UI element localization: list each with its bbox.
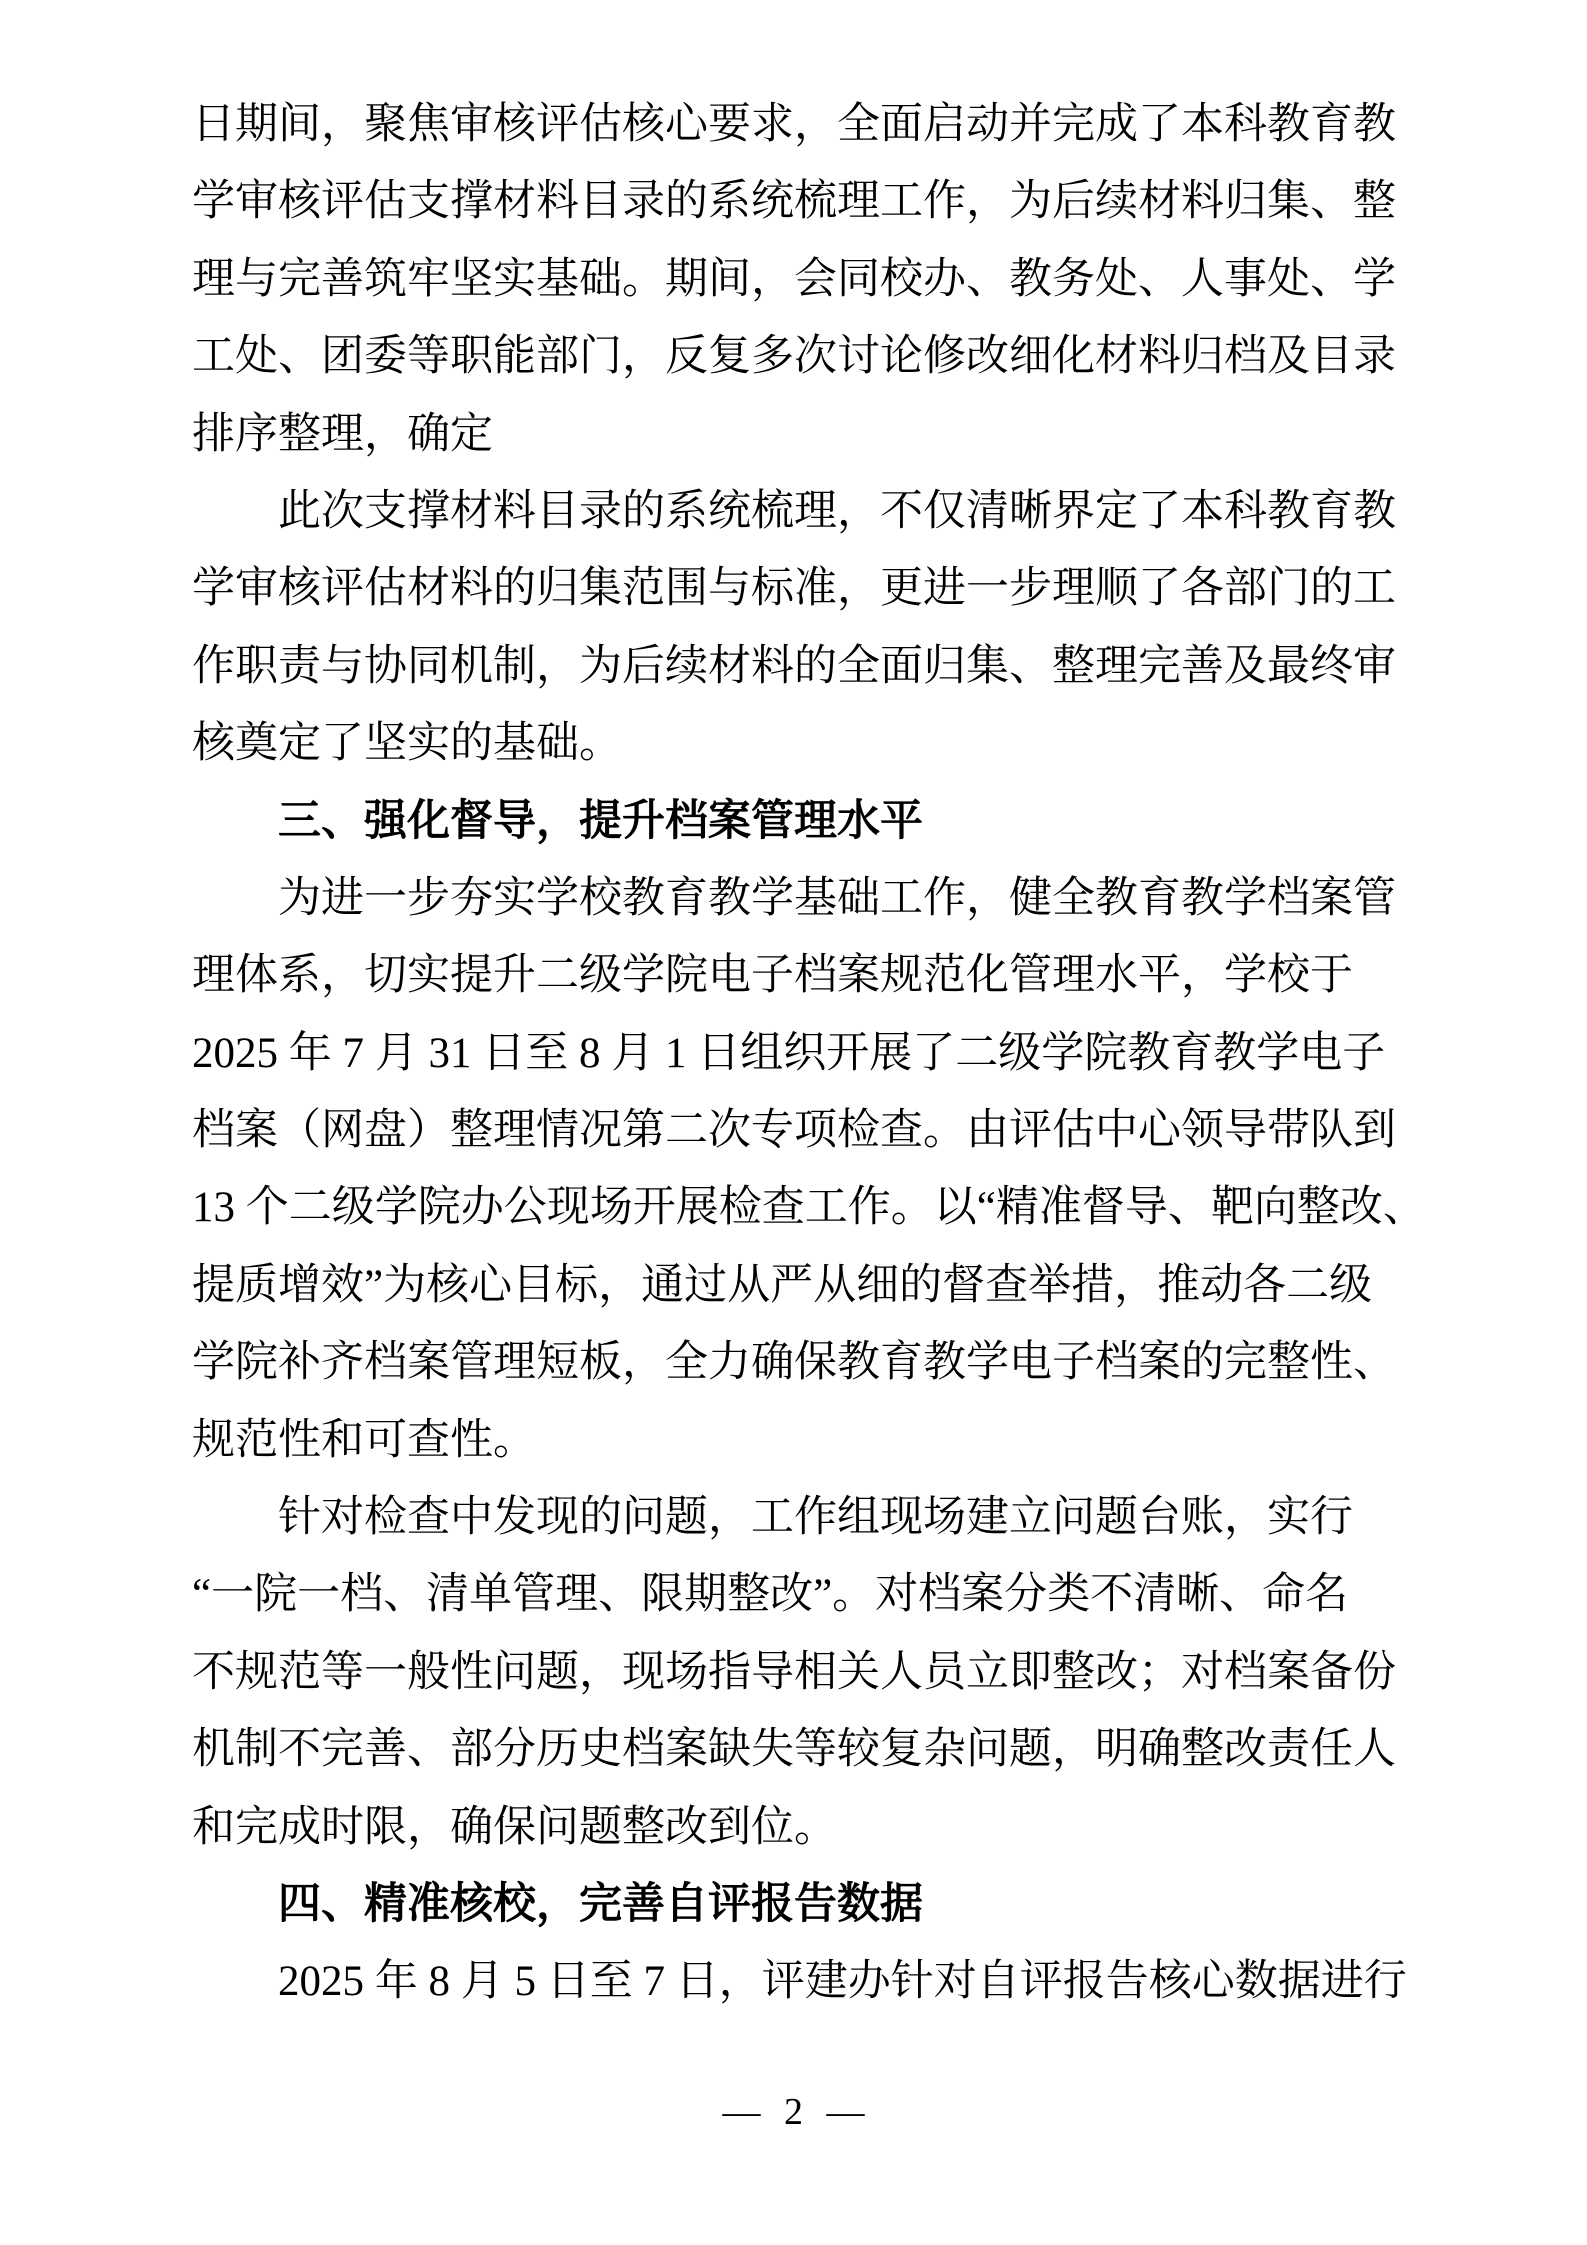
body-text-line: 日期间，聚焦审核评估核心要求，全面启动并完成了本科教育教 [192, 86, 1404, 163]
body-text-line: 规范性和可查性。 [192, 1402, 1404, 1479]
body-text-line: 核奠定了坚实的基础。 [192, 705, 1404, 782]
body-text-line: 针对检查中发现的问题，工作组现场建立问题台账，实行 [192, 1479, 1404, 1556]
body-text-line: 档案（网盘）整理情况第二次专项检查。由评估中心领导带队到 [192, 1092, 1404, 1169]
body-text-line: 机制不完善、部分历史档案缺失等较复杂问题，明确整改责任人 [192, 1711, 1404, 1788]
body-text-line: 2025 年 7 月 31 日至 8 月 1 日组织开展了二级学院教育教学电子 [192, 1015, 1404, 1092]
body-text-line: 排序整理，确定 [192, 396, 1404, 473]
body-text-line: 工处、团委等职能部门，反复多次讨论修改细化材料归档及目录 [192, 318, 1404, 395]
body-text-line: 13 个二级学院办公现场开展检查工作。以“精准督导、靶向整改、 [192, 1169, 1404, 1246]
body-text-line: 学审核评估材料的归集范围与标准，更进一步理顺了各部门的工 [192, 550, 1404, 627]
page-number: — 2 — [0, 2088, 1587, 2136]
document-page: 日期间，聚焦审核评估核心要求，全面启动并完成了本科教育教 学审核评估支撑材料目录… [0, 0, 1587, 2245]
body-text-line: 理体系，切实提升二级学院电子档案规范化管理水平，学校于 [192, 937, 1404, 1014]
section-heading-4: 四、精准核校，完善自评报告数据 [192, 1866, 1404, 1943]
body-text-line: 作职责与协同机制，为后续材料的全面归集、整理完善及最终审 [192, 628, 1404, 705]
section-heading-3: 三、强化督导，提升档案管理水平 [192, 783, 1404, 860]
body-text-line: 为进一步夯实学校教育教学基础工作，健全教育教学档案管 [192, 860, 1404, 937]
body-text-line: “一院一档、清单管理、限期整改”。对档案分类不清晰、命名 [192, 1556, 1404, 1633]
body-text-line: 学院补齐档案管理短板，全力确保教育教学电子档案的完整性、 [192, 1324, 1404, 1401]
body-text-line: 此次支撑材料目录的系统梳理，不仅清晰界定了本科教育教 [192, 473, 1404, 550]
body-text-line: 2025 年 8 月 5 日至 7 日，评建办针对自评报告核心数据进行 [192, 1943, 1404, 2020]
body-text-line: 不规范等一般性问题，现场指导相关人员立即整改；对档案备份 [192, 1634, 1404, 1711]
body-text-line: 理与完善筑牢坚实基础。期间，会同校办、教务处、人事处、学 [192, 241, 1404, 318]
body-text-line: 和完成时限，确保问题整改到位。 [192, 1789, 1404, 1866]
body-text-line: 提质增效”为核心目标，通过从严从细的督查举措，推动各二级 [192, 1247, 1404, 1324]
document-body: 日期间，聚焦审核评估核心要求，全面启动并完成了本科教育教 学审核评估支撑材料目录… [192, 86, 1404, 2021]
body-text-line: 学审核评估支撑材料目录的系统梳理工作，为后续材料归集、整 [192, 163, 1404, 240]
